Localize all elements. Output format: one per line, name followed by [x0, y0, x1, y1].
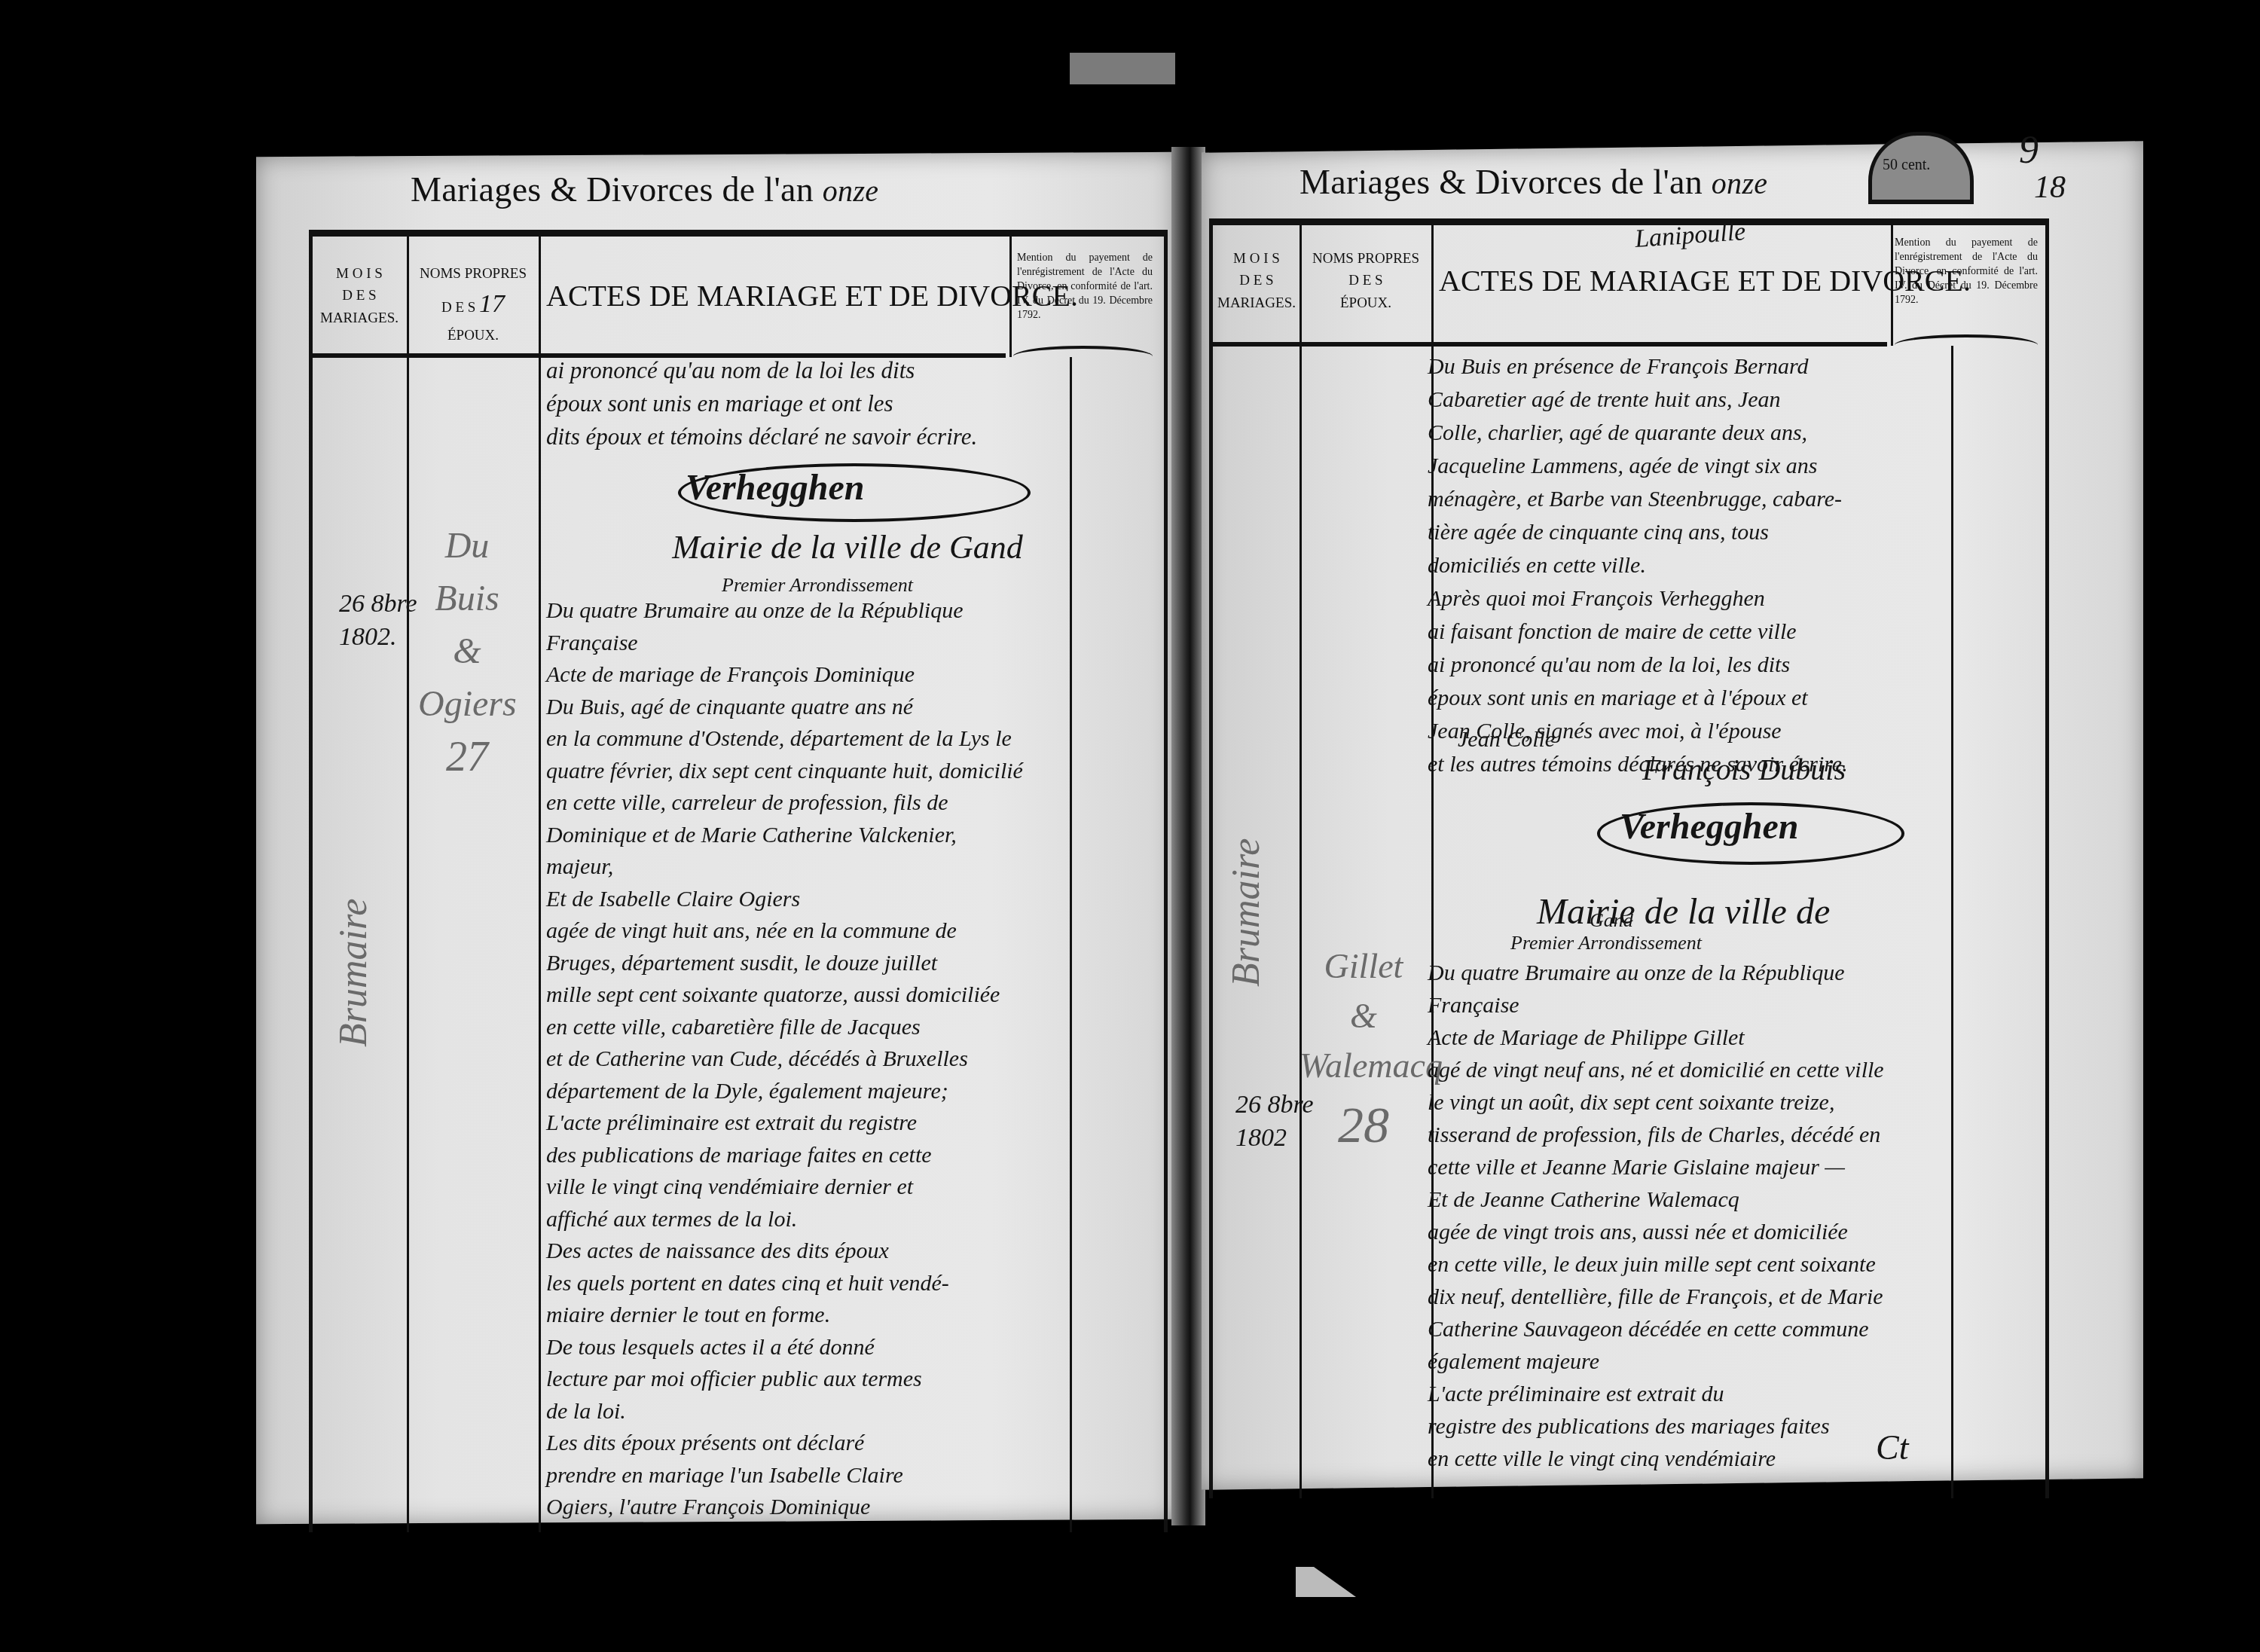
date-day-month: 26 8bre — [339, 588, 417, 621]
signature-jean-colle: Jean Colle — [1458, 723, 1555, 756]
left-act-text: Du quatre Brumaire au onze de la Républi… — [546, 595, 1156, 1524]
spouse-name-line: Walemacq — [1299, 1041, 1428, 1091]
left-spouse-names: Du Buis & Ogiers 27 — [418, 520, 516, 783]
header-line: ÉPOUX. — [1302, 292, 1430, 314]
header-line: D E S — [314, 285, 405, 307]
book-gutter — [1171, 147, 1205, 1525]
right-heading-mairie: Mairie de la ville de — [1537, 863, 1830, 929]
header-line: MARIAGES. — [314, 307, 405, 329]
title-handwritten-year: onze — [1712, 166, 1768, 200]
spouse-name-line: Buis — [418, 573, 516, 625]
col-divider — [1299, 225, 1302, 1498]
header-noms-propres: NOMS PROPRES D E S 17 ÉPOUX. — [409, 263, 537, 347]
right-subheading: Premier Arrondissement — [1510, 927, 1702, 960]
corner-mark: 9 — [2019, 128, 2039, 173]
folio-number: 18 — [2034, 169, 2066, 206]
header-line: M O I S — [314, 263, 405, 285]
title-printed: Mariages & Divorces de l'an — [1299, 163, 1703, 201]
handwritten-page-number: 17 — [479, 290, 505, 318]
entry-number: 28 — [1299, 1091, 1428, 1159]
header-overwritten-signature: Lanipoulle — [1634, 218, 1747, 254]
header-line: D E S — [1214, 270, 1299, 292]
col-divider — [407, 237, 409, 1532]
spouse-name-line: Ogiers — [418, 678, 516, 731]
header-line: D E S — [441, 300, 475, 316]
left-page-title: Mariages & Divorces de l'an onze — [411, 169, 878, 209]
header-actes: ACTES DE MARIAGE ET DE DIVORCE. — [1439, 263, 1971, 298]
spouse-name-line: & — [418, 625, 516, 678]
binding-tab-bottom — [1296, 1567, 1356, 1597]
header-line: MARIAGES. — [1214, 292, 1299, 314]
signature-flourish — [1597, 802, 1904, 865]
header-rule — [1213, 342, 1887, 347]
header-noms-propres: NOMS PROPRES D E S ÉPOUX. — [1302, 248, 1430, 314]
header-line: NOMS PROPRES — [1302, 248, 1430, 270]
header-line: ÉPOUX. — [409, 325, 537, 347]
left-entry-date: 26 8bre 1802. — [339, 588, 417, 654]
header-mention-payement: Mention du payement de l'enrégistrement … — [1017, 252, 1153, 322]
spouse-name-line: Gillet — [1299, 942, 1428, 991]
right-page-title: Mariages & Divorces de l'an onze — [1299, 162, 1767, 202]
stamp-value: 50 cent. — [1883, 157, 1930, 174]
date-year: 1802. — [339, 621, 417, 654]
spouse-name-line: & — [1299, 991, 1428, 1041]
right-spouse-names: Gillet & Walemacq 28 — [1299, 942, 1428, 1159]
right-act-text: Du quatre Brumaire au onze de la Républi… — [1428, 957, 2045, 1475]
col-divider — [539, 237, 541, 1532]
title-printed: Mariages & Divorces de l'an — [411, 170, 814, 209]
header-mois-des-mariages: M O I S D E S MARIAGES. — [314, 263, 405, 329]
binding-tab — [1070, 53, 1175, 84]
signature-francois-dubuis: François Dubuis — [1642, 753, 1846, 786]
right-month-vertical: Brumaire — [1224, 838, 1269, 987]
header-actes: ACTES DE MARIAGE ET DE DIVORCE. — [546, 278, 1078, 313]
header-mois-des-mariages: M O I S D E S MARIAGES. — [1214, 248, 1299, 314]
left-month-vertical: Brumaire — [331, 899, 376, 1047]
header-brace — [1895, 334, 2038, 345]
signature-flourish — [678, 463, 1031, 522]
entry-number: 27 — [418, 731, 516, 783]
paraph-mark: Ct — [1876, 1431, 1908, 1464]
left-heading-mairie: Mairie de la ville de Gand — [546, 531, 1149, 564]
header-line: M O I S — [1214, 248, 1299, 270]
right-continuation-text: Du Buis en présence de François Bernard … — [1428, 350, 2030, 781]
header-mention-payement: Mention du payement de l'enrégistrement … — [1895, 237, 2038, 307]
title-handwritten-year: onze — [823, 174, 879, 208]
left-continuation-text: ai prononcé qu'au nom de la loi les dits… — [546, 354, 1149, 453]
header-line: NOMS PROPRES — [409, 263, 537, 285]
header-line: D E S — [1302, 270, 1430, 292]
spouse-name-line: Du — [418, 520, 516, 573]
